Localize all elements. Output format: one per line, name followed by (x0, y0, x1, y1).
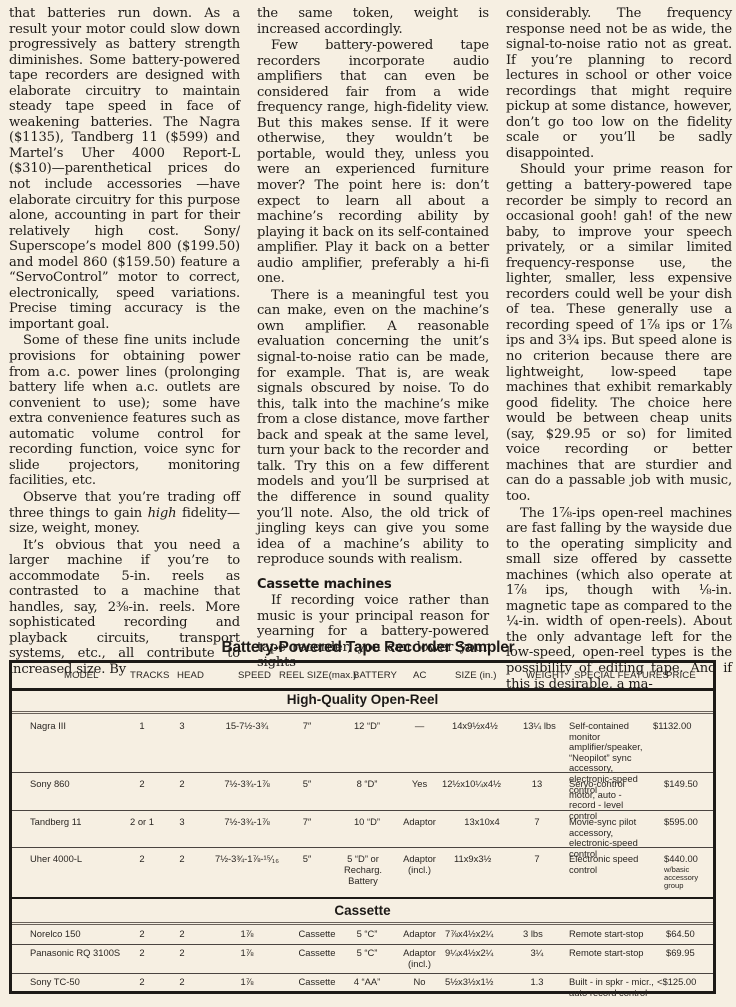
cell-model: Sony TC-50 (30, 977, 80, 988)
cell-head: 2 (172, 977, 192, 988)
paragraph: Should your prime reason for getting a b… (506, 162, 732, 504)
col-header-features: SPECIAL FEATURES (574, 671, 669, 682)
cell-size: 11x9x3½ (454, 854, 491, 865)
cell-size: 13x10x4 (452, 817, 512, 828)
cell-weight: 3¼ (527, 948, 547, 959)
cell-tracks: 2 (127, 948, 157, 959)
cell-weight: 7 (527, 817, 547, 828)
col-header-battery: BATTERY (353, 671, 397, 682)
cell-head: 2 (172, 854, 192, 865)
col-header-speed: SPEED (238, 671, 271, 682)
subheading: Cassette machines (257, 577, 489, 593)
cell-speed: 1⅞ (232, 977, 262, 988)
table-row: Norelco 150 2 2 1⅞ Cassette 5 “C” Adapto… (12, 925, 713, 945)
table-row: Panasonic RQ 3100S 2 2 1⅞ Cassette 5 “C”… (12, 944, 713, 974)
section-header-open-reel: High-Quality Open-Reel (12, 688, 713, 714)
cell-ac: No (397, 977, 442, 988)
cell-features: Remote start-stop (569, 948, 644, 959)
col-header-size: SIZE (in.) (455, 671, 497, 682)
cell-size: 12½x10¼x4½ (442, 779, 501, 790)
cell-ac: Adaptor (incl.) (397, 854, 442, 876)
table-row: Tandberg 11 2 or 1 3 7½-3¾-1⅞ 7″ 10 “D” … (12, 810, 713, 848)
cell-ac: — (397, 721, 442, 732)
cell-speed: 7½-3¾-1⅞ (212, 817, 282, 828)
cell-head: 3 (172, 817, 192, 828)
cell-head: 3 (172, 721, 192, 732)
col-header-price: PRICE (666, 671, 696, 682)
cell-model: Uher 4000-L (30, 854, 82, 865)
cell-reel-size: 5″ (287, 854, 327, 865)
cell-model: Norelco 150 (30, 929, 81, 940)
cell-price: $64.50 (666, 929, 695, 940)
cell-battery: 8 “D” (342, 779, 392, 790)
cell-battery: 5 “D” or Recharg. Battery (342, 854, 384, 886)
cell-tracks: 2 (127, 779, 157, 790)
cell-tracks: 1 (127, 721, 157, 732)
cell-reel-size: Cassette (292, 948, 342, 959)
table-row: Nagra III 1 3 15-7½-3¾ 7″ 12 “D” — 14x9½… (12, 714, 713, 773)
cell-reel-size: 7″ (287, 817, 327, 828)
sampler-table: MODEL TRACKS HEAD SPEED REEL SIZE(max.) … (9, 660, 716, 994)
cell-battery: 5 “C” (342, 929, 392, 940)
cell-price: $1132.00 (653, 721, 691, 732)
article-column-2: the same token, weight is increased acco… (257, 6, 489, 671)
price-value: $440.00 (664, 853, 698, 864)
table-row: Sony 860 2 2 7½-3¾-1⅞ 5″ 8 “D” Yes 12½x1… (12, 772, 713, 811)
cell-features: Electronic speed control (569, 854, 649, 875)
cell-battery: 10 “D” (342, 817, 392, 828)
cell-reel-size: 5″ (287, 779, 327, 790)
cell-reel-size: Cassette (292, 977, 342, 988)
cell-tracks: 2 (127, 929, 157, 940)
cell-price: $595.00 (664, 817, 698, 828)
table-header: MODEL TRACKS HEAD SPEED REEL SIZE(max.) … (12, 663, 713, 691)
cell-speed: 7½-3¾-1⅞-¹⁵⁄₁₆ (207, 854, 287, 865)
col-header-tracks: TRACKS (130, 671, 170, 682)
paragraph: Observe that you’re trading off three th… (9, 490, 240, 537)
cell-ac: Yes (397, 779, 442, 790)
cell-size: 14x9½x4½ (452, 721, 498, 732)
article-column-3: considerably. The frequency response nee… (506, 6, 732, 692)
cell-size: 5½x3½x1½ (445, 977, 493, 988)
cell-reel-size: 7″ (287, 721, 327, 732)
cell-weight: 7 (527, 854, 547, 865)
cell-speed: 1⅞ (232, 929, 262, 940)
col-header-weight: WEIGHT (526, 671, 565, 682)
cell-reel-size: Cassette (292, 929, 342, 940)
cell-price: $69.95 (666, 948, 695, 959)
price-note: w/basic accessory group (664, 866, 714, 891)
article-body: that batteries run down. As a result you… (0, 0, 736, 636)
cell-weight: 13¼ lbs (523, 721, 556, 732)
cell-head: 2 (172, 948, 192, 959)
col-header-ac: AC (413, 671, 427, 682)
paragraph: considerably. The frequency response nee… (506, 6, 732, 161)
table-row: Uher 4000-L 2 2 7½-3¾-1⅞-¹⁵⁄₁₆ 5″ 5 “D” … (12, 847, 713, 899)
col-header-reel-size: REEL SIZE(max.) (279, 671, 356, 682)
cell-model: Panasonic RQ 3100S (30, 948, 120, 959)
section-header-cassette: Cassette (12, 899, 713, 925)
cell-weight: 13 (527, 779, 547, 790)
cell-ac: Adaptor (incl.) (397, 948, 442, 970)
paragraph: that batteries run down. As a result you… (9, 6, 240, 332)
col-header-head: HEAD (177, 671, 204, 682)
paragraph: Some of these fine units include provisi… (9, 333, 240, 488)
paragraph: Few battery-powered tape recorders incor… (257, 38, 489, 287)
article-column-1: that batteries run down. As a result you… (9, 6, 240, 678)
cell-head: 2 (172, 929, 192, 940)
paragraph: There is a meaningful test you can make,… (257, 288, 489, 568)
cell-ac: Adaptor (397, 929, 442, 940)
cell-tracks: 2 (127, 977, 157, 988)
cell-battery: 12 “D” (342, 721, 392, 732)
cell-speed: 1⅞ (232, 948, 262, 959)
table-row: Sony TC-50 2 2 1⅞ Cassette 4 “AA” No 5½x… (12, 973, 713, 991)
cell-ac: Adaptor (397, 817, 442, 828)
cell-weight: 3 lbs (523, 929, 543, 940)
paragraph: the same token, weight is increased acco… (257, 6, 489, 37)
emphasis: high (148, 506, 177, 521)
cell-weight: 1.3 (525, 977, 549, 988)
cell-speed: 7½-3¾-1⅞ (212, 779, 282, 790)
cell-head: 2 (172, 779, 192, 790)
table-title: Battery-Powered Tape Recorder Sampler (0, 639, 736, 657)
cell-features: Built - in spkr - micr., auto record con… (569, 977, 659, 998)
cell-model: Nagra III (30, 721, 66, 732)
cell-speed: 15-7½-3¾ (212, 721, 282, 732)
cell-tracks: 2 or 1 (124, 817, 160, 828)
col-header-model: MODEL (64, 671, 99, 682)
cell-features: Remote start-stop (569, 929, 644, 940)
cell-battery: 4 “AA” (342, 977, 392, 988)
cell-size: 9¼x4½x2¼ (445, 948, 493, 959)
cell-battery: 5 “C” (342, 948, 392, 959)
cell-price: $440.00w/basic accessory group (664, 854, 714, 890)
cell-price: $149.50 (664, 779, 698, 790)
cell-tracks: 2 (127, 854, 157, 865)
cell-price: <$125.00 (657, 977, 696, 988)
cell-model: Tandberg 11 (30, 817, 81, 828)
cell-size: 7⅞x4½x2¼ (445, 929, 493, 940)
cell-model: Sony 860 (30, 779, 70, 790)
